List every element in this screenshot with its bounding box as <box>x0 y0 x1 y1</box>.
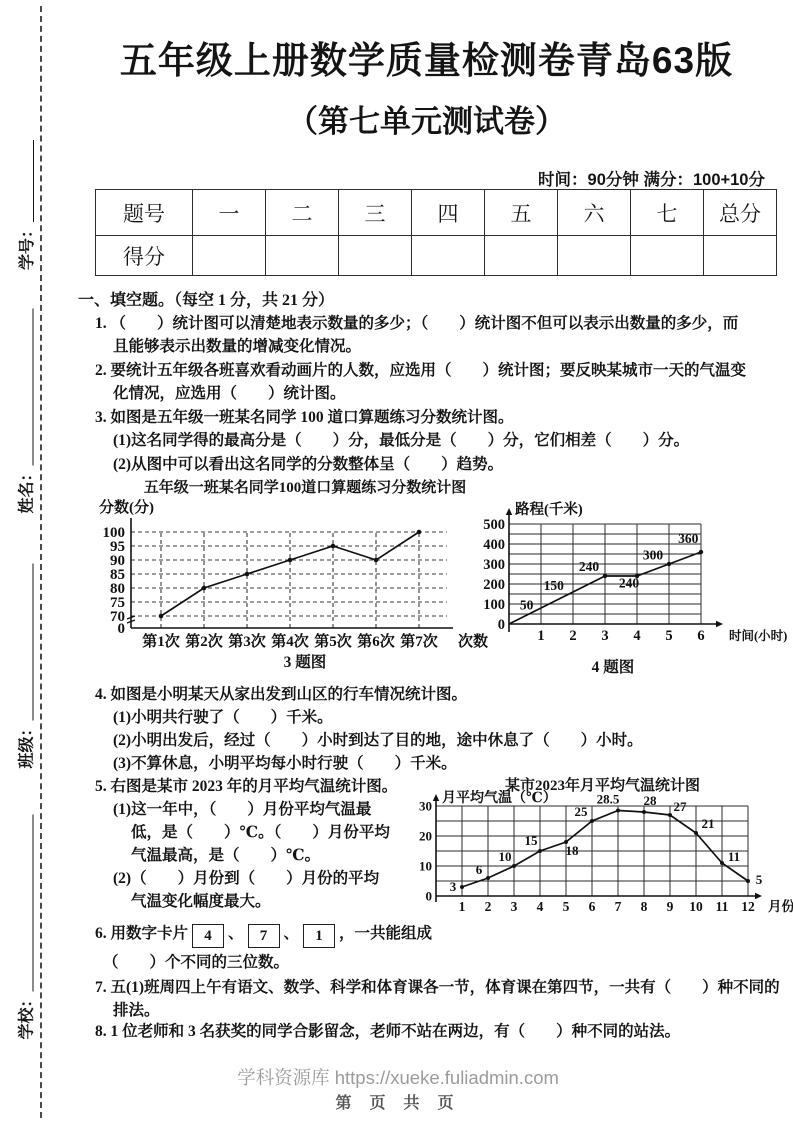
question-4-sub-2: (2)小明出发后，经过（ ）小时到达了目的地，途中休息了（ ）小时。 <box>113 731 643 752</box>
svg-text:15: 15 <box>525 833 539 848</box>
question-5-sub-1a: (1)这一年中，（ ）月份平均气温最 <box>113 800 371 821</box>
margin-label-student-number: 学号： <box>15 140 37 270</box>
score-table-col-3: 三 <box>339 190 412 236</box>
svg-text:2: 2 <box>485 899 492 914</box>
digit-card-1: 1 <box>303 924 335 948</box>
question-4-sub-3: (3)不算休息，小明平均每小时行驶（ ）千米。 <box>113 754 457 775</box>
svg-text:分数(分): 分数(分) <box>99 498 154 516</box>
svg-text:360: 360 <box>678 531 699 546</box>
score-table-score-label: 得分 <box>96 236 193 276</box>
score-line-chart: 五年级一班某名同学100道口算题练习分数统计图 分数(分)07075808590… <box>95 476 515 676</box>
svg-text:10: 10 <box>689 899 703 914</box>
score-table-col-7: 七 <box>631 190 704 236</box>
svg-text:11: 11 <box>728 849 740 864</box>
svg-text:5: 5 <box>756 872 763 887</box>
q6-suffix: ，一共能组成 <box>339 925 432 942</box>
temperature-chart-svg: 月平均气温（℃）0102030123456789101112月份36101518… <box>412 790 793 920</box>
svg-text:11: 11 <box>716 899 729 914</box>
svg-text:1: 1 <box>537 628 544 644</box>
exam-paper-page: 学号： 姓名： 班级： 学校： 五年级上册数学质量检测卷青岛63版 （第七单元测… <box>0 0 793 1122</box>
svg-text:4: 4 <box>537 899 544 914</box>
svg-text:100: 100 <box>103 525 126 541</box>
svg-text:240: 240 <box>619 576 640 591</box>
footer-page-info: 第 页 共 页 <box>30 1090 766 1113</box>
score-chart-title: 五年级一班某名同学100道口算题练习分数统计图 <box>95 476 515 497</box>
svg-text:85: 85 <box>110 567 125 583</box>
class-blank-line <box>33 564 34 721</box>
footer-source-link[interactable]: 学科资源库 https://xueke.fuliadmin.com <box>30 1064 766 1090</box>
score-chart-caption: 3 题图 <box>95 650 515 672</box>
svg-text:28.5: 28.5 <box>597 792 620 807</box>
question-3-intro: 3. 如图是五年级一班某名同学 100 道口算题练习分数统计图。 <box>95 408 514 429</box>
name-label: 姓名： <box>14 465 37 513</box>
question-7-line-1: 7. 五(1)班周四上午有语文、数学、科学和体育课各一节，体育课在第四节，一共有… <box>95 978 780 999</box>
digit-card-4: 4 <box>192 924 224 948</box>
svg-text:240: 240 <box>579 559 600 574</box>
score-cell <box>339 236 412 276</box>
svg-text:0: 0 <box>498 617 505 633</box>
question-1-line-1: 1. （ ）统计图可以清楚地表示数量的多少；（ ）统计图不但可以表示出数量的多少… <box>95 314 738 335</box>
svg-text:10: 10 <box>499 849 512 864</box>
score-table: 题号 一 二 三 四 五 六 七 总分 得分 <box>95 189 777 276</box>
q6-separator-2: 、 <box>284 925 300 942</box>
page-title: 五年级上册数学质量检测卷青岛63版 <box>60 30 793 84</box>
student-number-label: 学号： <box>14 222 37 270</box>
svg-text:6: 6 <box>476 862 483 877</box>
exam-time-score-info: 时间：90分钟 满分：100+10分 <box>538 166 765 190</box>
svg-text:0: 0 <box>426 889 433 904</box>
svg-text:10: 10 <box>419 859 432 874</box>
score-table-col-4: 四 <box>412 190 485 236</box>
score-cell <box>266 236 339 276</box>
svg-text:30: 30 <box>419 799 432 814</box>
question-7-line-2: 排法。 <box>113 1001 160 1022</box>
svg-text:8: 8 <box>641 899 648 914</box>
svg-text:21: 21 <box>702 816 715 831</box>
margin-label-school: 学校： <box>15 815 37 1040</box>
svg-text:第4次: 第4次 <box>271 632 309 650</box>
question-6-line-1: 6. 用数字卡片4、7、1，一共能组成 <box>95 924 432 948</box>
question-3-sub-1: (1)这名同学得的最高分是（ ）分，最低分是（ ）分，它们相差（ ）分。 <box>113 431 689 452</box>
score-table-col-1: 一 <box>193 190 266 236</box>
svg-text:第5次: 第5次 <box>314 632 352 650</box>
score-chart-svg: 分数(分)0707580859095100第1次第2次第3次第4次第5次第6次第… <box>95 496 495 654</box>
svg-text:9: 9 <box>667 899 674 914</box>
svg-text:80: 80 <box>110 581 125 597</box>
question-1-line-2: 且能够表示出数量的增减变化情况。 <box>113 337 361 358</box>
svg-text:第3次: 第3次 <box>228 632 266 650</box>
svg-text:95: 95 <box>110 539 125 555</box>
svg-text:50: 50 <box>520 598 534 613</box>
margin-label-class: 班级： <box>15 564 37 769</box>
question-5-sub-2a: (2)（ ）月份到（ ）月份的平均 <box>113 869 379 890</box>
question-8-line-1: 8. 1 位老师和 3 名获奖的同学合影留念，老师不站在两边，有（ ）种不同的站… <box>95 1022 680 1043</box>
svg-text:400: 400 <box>483 537 505 553</box>
svg-text:第7次: 第7次 <box>400 632 438 650</box>
score-table-col-2: 二 <box>266 190 339 236</box>
page-subtitle: （第七单元测试卷） <box>60 96 793 141</box>
svg-text:第6次: 第6次 <box>357 632 395 650</box>
score-cell <box>193 236 266 276</box>
student-number-blank-line <box>33 140 34 222</box>
svg-text:2: 2 <box>569 628 576 644</box>
score-table-col-total: 总分 <box>704 190 777 236</box>
svg-text:75: 75 <box>110 595 125 611</box>
q6-separator-1: 、 <box>228 925 244 942</box>
score-cell <box>704 236 777 276</box>
digit-card-7: 7 <box>248 924 280 948</box>
score-table-header-label: 题号 <box>96 190 193 236</box>
svg-text:90: 90 <box>110 553 125 569</box>
distance-line-chart: 路程(千米)0100200300400500123456时间(小时)501502… <box>463 500 793 680</box>
question-5-sub-1b: 低，是（ ）℃。（ ）月份平均 <box>131 823 390 844</box>
svg-text:18: 18 <box>566 843 580 858</box>
score-table-col-5: 五 <box>485 190 558 236</box>
svg-text:25: 25 <box>575 804 589 819</box>
svg-text:28: 28 <box>644 793 658 808</box>
school-blank-line <box>33 815 34 992</box>
margin-label-name: 姓名： <box>15 309 37 514</box>
question-5-intro: 5. 右图是某市 2023 年的月平均气温统计图。 <box>95 777 397 798</box>
score-cell <box>631 236 704 276</box>
question-3-sub-2: (2)从图中可以看出这名同学的分数整体呈（ ）趋势。 <box>113 455 503 476</box>
svg-text:300: 300 <box>483 557 505 573</box>
section-heading: 一、填空题。（每空 1 分，共 21 分） <box>78 290 334 312</box>
q6-prefix: 6. 用数字卡片 <box>95 925 188 942</box>
svg-text:第1次: 第1次 <box>142 632 180 650</box>
temperature-line-chart: 某市2023年月平均气温统计图 月平均气温（℃）0102030123456789… <box>412 774 793 926</box>
svg-text:150: 150 <box>544 578 565 593</box>
question-4-sub-1: (1)小明共行驶了（ ）千米。 <box>113 708 333 729</box>
distance-chart-caption: 4 题图 <box>463 655 763 677</box>
svg-text:时间(小时): 时间(小时) <box>729 628 787 643</box>
svg-text:300: 300 <box>643 548 664 563</box>
svg-text:月平均气温（℃）: 月平均气温（℃） <box>442 790 557 806</box>
svg-text:第2次: 第2次 <box>185 632 223 650</box>
name-blank-line <box>33 309 34 466</box>
question-4-intro: 4. 如图是小明某天从家出发到山区的行车情况统计图。 <box>95 685 467 706</box>
svg-text:4: 4 <box>633 628 640 644</box>
distance-chart-svg: 路程(千米)0100200300400500123456时间(小时)501502… <box>463 500 793 650</box>
svg-text:6: 6 <box>697 628 704 644</box>
score-cell <box>412 236 485 276</box>
svg-text:6: 6 <box>589 899 596 914</box>
svg-text:3: 3 <box>511 899 518 914</box>
svg-text:7: 7 <box>615 899 622 914</box>
svg-text:20: 20 <box>419 829 432 844</box>
svg-text:月份: 月份 <box>768 898 793 914</box>
svg-text:12: 12 <box>741 899 755 914</box>
svg-text:27: 27 <box>674 799 688 814</box>
svg-text:3: 3 <box>450 879 457 894</box>
svg-text:5: 5 <box>665 628 672 644</box>
score-cell <box>485 236 558 276</box>
question-5-sub-2b: 气温变化幅度最大。 <box>131 892 271 913</box>
question-5-sub-1c: 气温最高，是（ ）℃。 <box>131 846 320 867</box>
svg-text:500: 500 <box>483 517 505 533</box>
svg-text:3: 3 <box>601 628 608 644</box>
svg-text:5: 5 <box>563 899 570 914</box>
question-2-line-2: 化情况，应选用（ ）统计图。 <box>113 384 346 405</box>
svg-text:100: 100 <box>483 597 505 613</box>
question-2-line-1: 2. 要统计五年级各班喜欢看动画片的人数，应选用（ ）统计图；要反映某城市一天的… <box>95 361 746 382</box>
score-table-col-6: 六 <box>558 190 631 236</box>
svg-text:200: 200 <box>483 577 505 593</box>
score-cell <box>558 236 631 276</box>
question-6-line-2: （ ）个不同的三位数。 <box>103 953 289 974</box>
svg-text:1: 1 <box>459 899 466 914</box>
svg-text:70: 70 <box>110 609 125 625</box>
class-label: 班级： <box>14 720 37 768</box>
binding-dashed-line <box>40 6 42 1118</box>
school-label: 学校： <box>14 991 37 1039</box>
svg-text:路程(千米): 路程(千米) <box>515 500 583 518</box>
